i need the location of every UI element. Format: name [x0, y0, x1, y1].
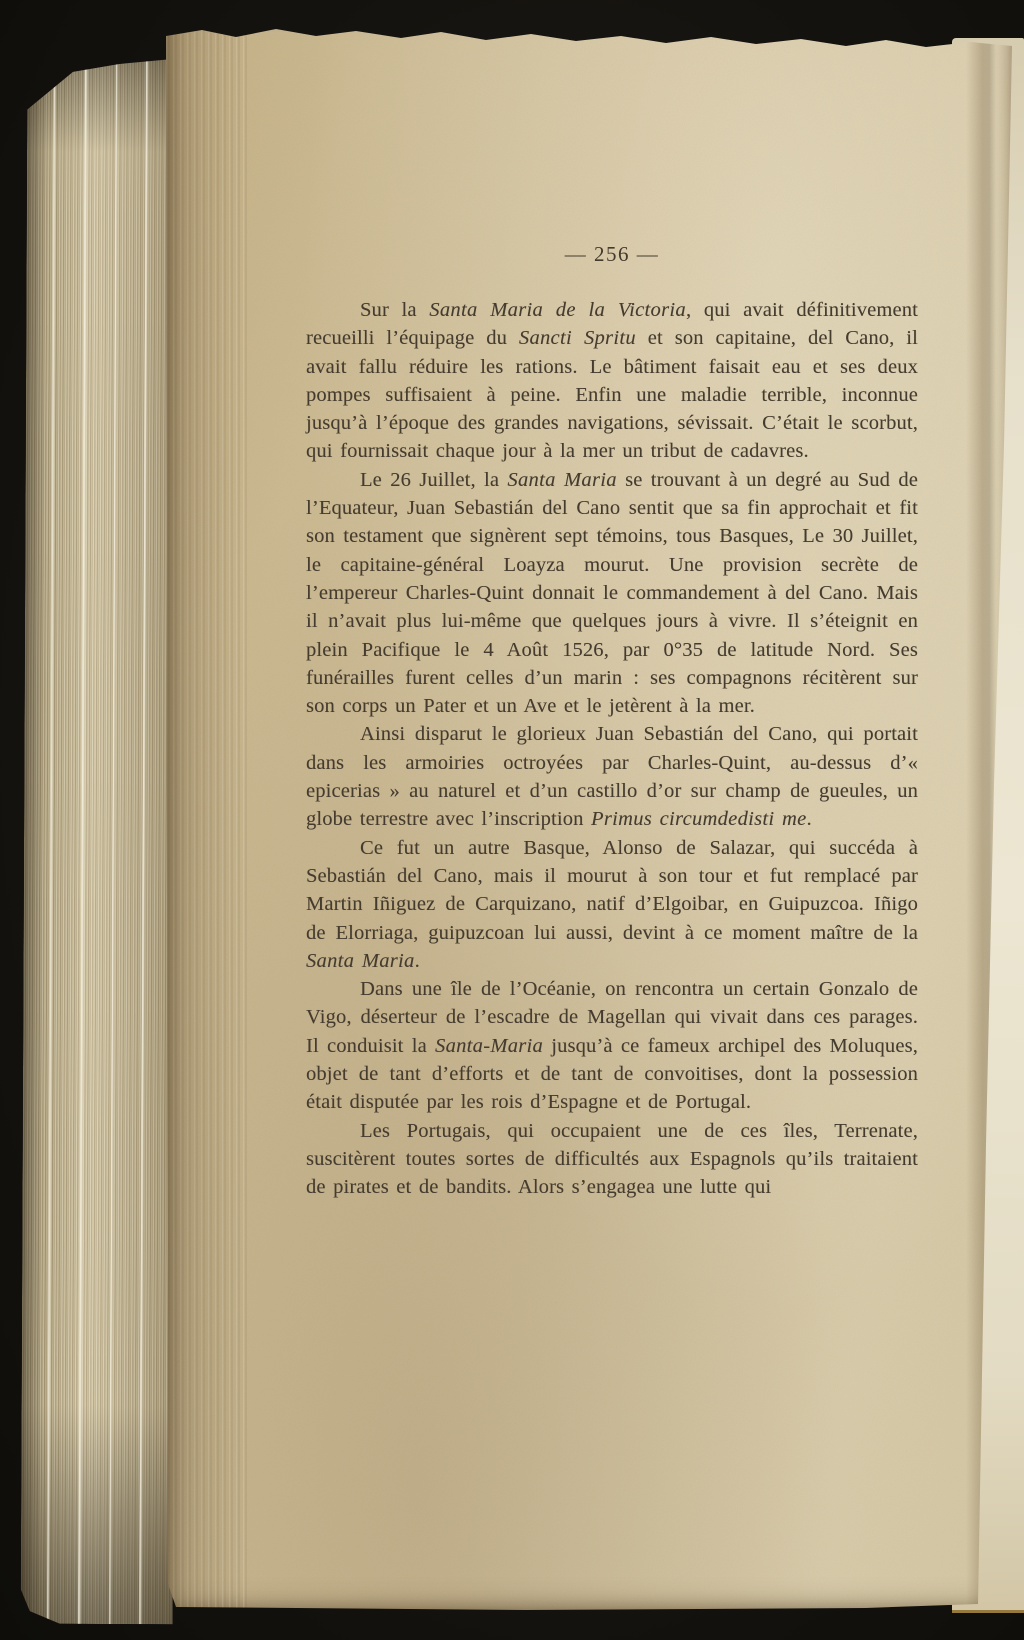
book-photo: — 256 — Sur la Santa Maria de la Victori…: [0, 0, 1024, 1640]
text-segment: Ce fut un autre Basque, Alonso de Salaza…: [306, 837, 918, 944]
text-segment: .: [415, 950, 420, 972]
italic-segment: Primus circumdedisti me: [591, 808, 807, 830]
paragraph-5: Dans une île de l’Océanie, on rencontra …: [306, 975, 918, 1116]
paragraph-3: Ainsi disparut le glorieux Juan Sebastiá…: [306, 720, 918, 833]
italic-segment: Santa Maria: [306, 950, 415, 972]
italic-segment: Santa Maria de la Victoria: [429, 299, 686, 321]
paragraph-4: Ce fut un autre Basque, Alonso de Salaza…: [306, 834, 918, 975]
page-number: — 256 —: [306, 242, 918, 267]
paragraph-1: Sur la Santa Maria de la Victoria, qui a…: [306, 296, 918, 466]
text-segment: .: [807, 808, 812, 830]
text-segment: se trouvant à un degré au Sud de l’Equat…: [306, 469, 918, 717]
text-segment: Sur la: [360, 299, 429, 321]
text-segment: Les Portugais, qui occupaient une de ces…: [306, 1120, 918, 1199]
page-edges-stack: [21, 58, 180, 1625]
italic-segment: Santa-Maria: [435, 1035, 543, 1057]
page-text: Sur la Santa Maria de la Victoria, qui a…: [306, 296, 918, 1202]
italic-segment: Santa Maria: [507, 469, 616, 491]
italic-segment: Sancti Spritu: [519, 327, 636, 349]
paragraph-6: Les Portugais, qui occupaient une de ces…: [306, 1117, 918, 1202]
paragraph-2: Le 26 Juillet, la Santa Maria se trouvan…: [306, 466, 918, 721]
gutter-shading: [166, 24, 248, 1610]
book-page: — 256 — Sur la Santa Maria de la Victori…: [166, 24, 1012, 1610]
text-segment: Le 26 Juillet, la: [360, 469, 507, 491]
